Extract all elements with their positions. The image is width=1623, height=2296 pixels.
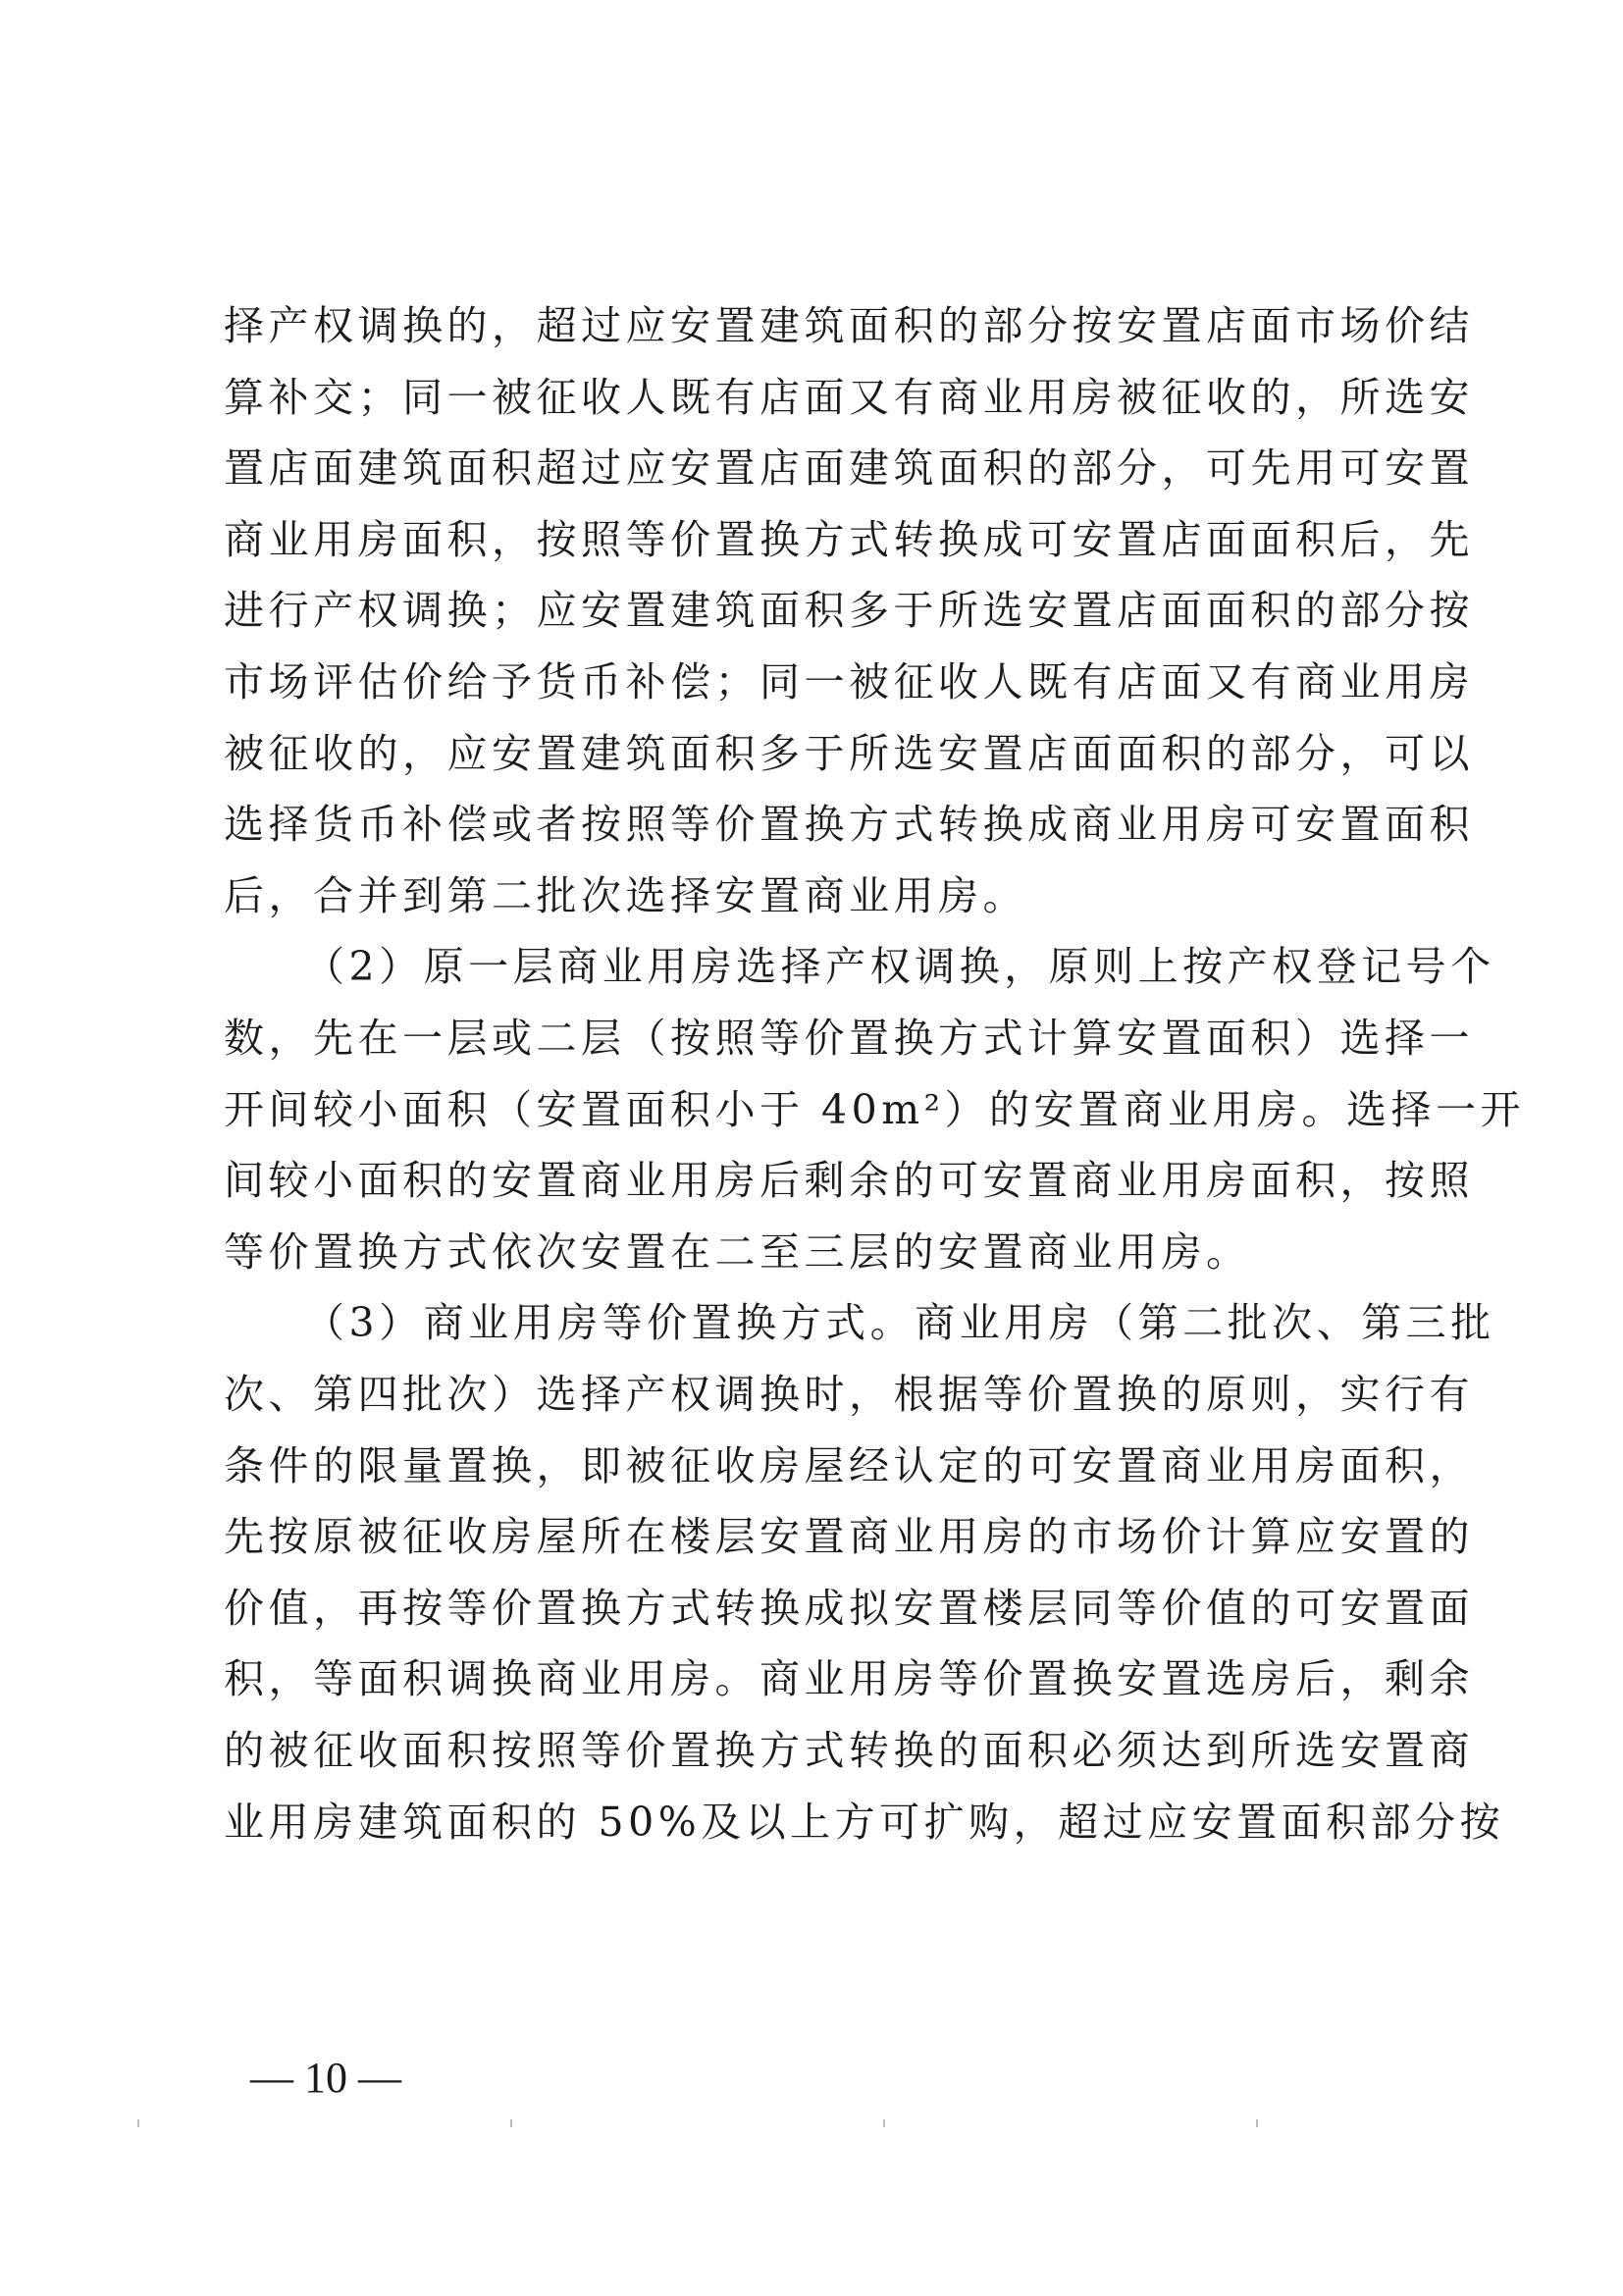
text-line: 等价置换方式依次安置在二至三层的安置商业用房。 (224, 1223, 1416, 1281)
text-line: 算补交；同一被征收人既有店面又有商业用房被征收的，所选安 (224, 368, 1416, 427)
text-line: 开间较小面积（安置面积小于 40m²）的安置商业用房。选择一开 (224, 1080, 1416, 1139)
text-line: 数，先在一层或二层（按照等价置换方式计算安置面积）选择一 (224, 1009, 1416, 1068)
text-line: 积，等面积调换商业用房。商业用房等价置换安置选房后，剩余 (224, 1649, 1416, 1708)
text-line: 进行产权调换；应安置建筑面积多于所选安置店面面积的部分按 (224, 581, 1416, 640)
text-line: 次、第四批次）选择产权调换时，根据等价置换的原则，实行有 (224, 1365, 1416, 1424)
page-number: — 10 — (250, 2049, 401, 2108)
text-line: 择产权调换的，超过应安置建筑面积的部分按安置店面市场价结 (224, 296, 1416, 355)
text-line: 被征收的，应安置建筑面积多于所选安置店面面积的部分，可以 (224, 724, 1416, 783)
text-line: 商业用房面积，按照等价置换方式转换成可安置店面面积后，先 (224, 510, 1416, 569)
scan-mark (883, 2119, 885, 2127)
text-line: （2）原一层商业用房选择产权调换，原则上按产权登记号个 (304, 937, 1416, 996)
text-line: 后，合并到第二批次选择安置商业用房。 (224, 866, 1416, 925)
text-line: 市场评估价给予货币补偿；同一被征收人既有店面又有商业用房 (224, 652, 1416, 711)
text-line: 间较小面积的安置商业用房后剩余的可安置商业用房面积，按照 (224, 1151, 1416, 1210)
scan-mark (137, 2119, 139, 2127)
text-line: 置店面建筑面积超过应安置店面建筑面积的部分，可先用可安置 (224, 439, 1416, 497)
text-line: 的被征收面积按照等价置换方式转换的面积必须达到所选安置商 (224, 1721, 1416, 1780)
scan-mark (1256, 2119, 1258, 2127)
text-line: 价值，再按等价置换方式转换成拟安置楼层同等价值的可安置面 (224, 1579, 1416, 1638)
text-line: 业用房建筑面积的 50%及以上方可扩购，超过应安置面积部分按 (224, 1793, 1416, 1852)
text-line: 先按原被征收房屋所在楼层安置商业用房的市场价计算应安置的 (224, 1507, 1416, 1566)
text-line: 条件的限量置换，即被征收房屋经认定的可安置商业用房面积， (224, 1436, 1416, 1495)
text-line: 选择货币补偿或者按照等价置换方式转换成商业用房可安置面积 (224, 795, 1416, 854)
text-line: （3）商业用房等价置换方式。商业用房（第二批次、第三批 (304, 1293, 1416, 1352)
scan-mark (510, 2119, 512, 2127)
